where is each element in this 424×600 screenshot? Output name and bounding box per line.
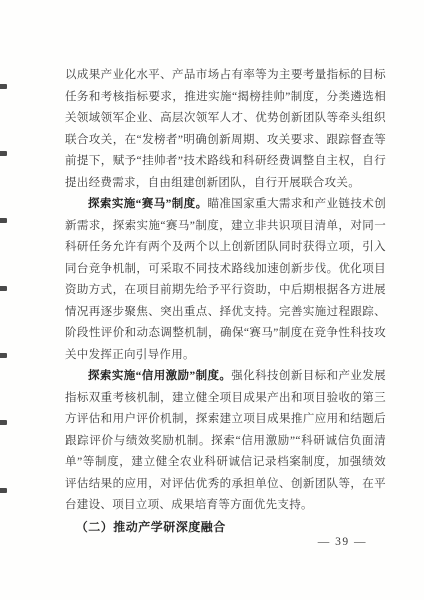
scan-mark: [0, 286, 7, 291]
paragraph: 以成果产业化水平、产品市场占有率等为主要考量指标的目标任务和考核指标要求，推进实…: [65, 65, 386, 194]
bold-lead-run: 探索实施“赛马”制度。: [88, 198, 207, 210]
text-run: 强化科技创新目标和产业发展指标双重考核机制，建立健全项目成果产出和项目验收的第三…: [65, 370, 386, 511]
scan-mark: [0, 488, 7, 493]
page-number: — 39 —: [318, 536, 367, 548]
scan-mark: [0, 84, 7, 89]
section-heading: （二）推动产学研深度融合: [65, 517, 386, 539]
scan-mark: [0, 151, 7, 156]
bold-lead-run: 探索实施“信用激励”制度。: [88, 370, 231, 382]
scan-mark: [0, 353, 7, 358]
text-run: 以成果产业化水平、产品市场占有率等为主要考量指标的目标任务和考核指标要求，推进实…: [65, 69, 386, 189]
scan-mark: [0, 218, 7, 223]
body-paragraphs: 以成果产业化水平、产品市场占有率等为主要考量指标的目标任务和考核指标要求，推进实…: [65, 65, 386, 517]
scanned-document-page: 以成果产业化水平、产品市场占有率等为主要考量指标的目标任务和考核指标要求，推进实…: [0, 0, 424, 600]
paragraph: 探索实施“赛马”制度。瞄准国家重大需求和产业链技术创新需求，探索实施“赛马”制度…: [65, 194, 386, 366]
text-block: 以成果产业化水平、产品市场占有率等为主要考量指标的目标任务和考核指标要求，推进实…: [65, 65, 386, 538]
scan-mark: [0, 420, 7, 425]
text-run: 瞄准国家重大需求和产业链技术创新需求，探索实施“赛马”制度，建立非共识项目清单，…: [65, 198, 386, 361]
paragraph: 探索实施“信用激励”制度。强化科技创新目标和产业发展指标双重考核机制，建立健全项…: [65, 366, 386, 517]
